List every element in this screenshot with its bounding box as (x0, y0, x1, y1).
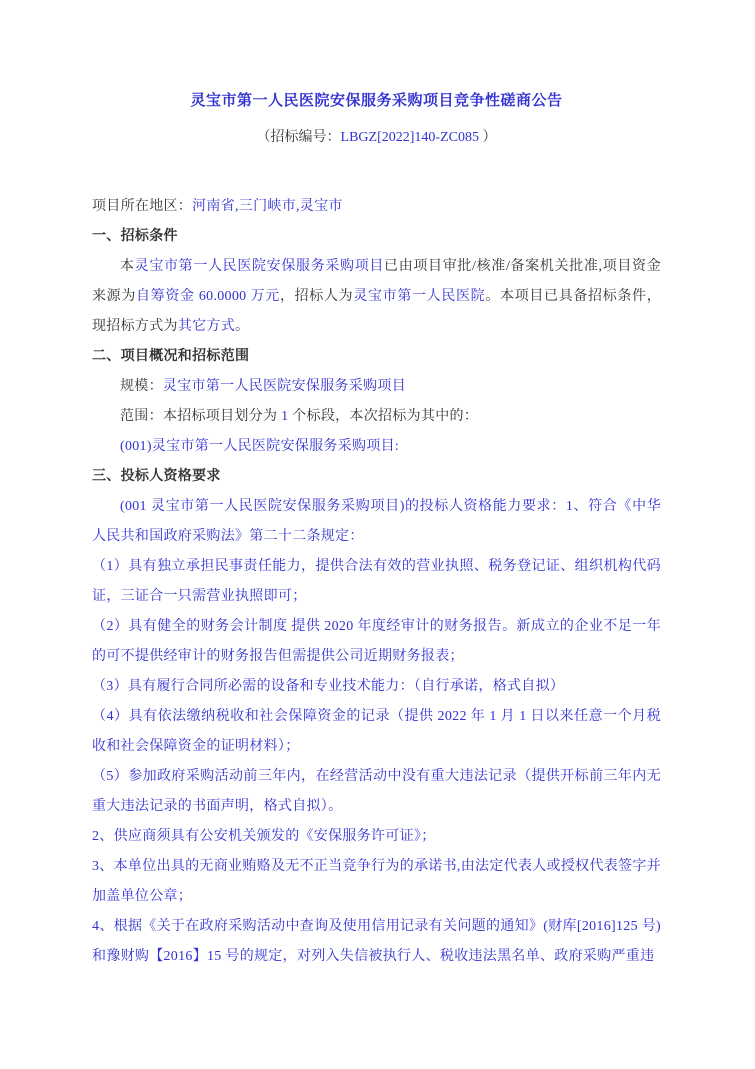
qualification-item-4: （4）具有依法缴纳税收和社会保障资金的记录（提供 2022 年 1 月 1 日以… (92, 702, 661, 762)
qualification-item-1: （1）具有独立承担民事责任能力，提供合法有效的营业执照、税务登记证、组织机构代码… (92, 552, 661, 612)
lot-line: (001)灵宝市第一人民医院安保服务采购项目: (92, 432, 661, 462)
qualification-item-3: （3）具有履行合同所必需的设备和专业技术能力：（自行承诺，格式自拟） (92, 672, 661, 702)
scale-line: 规模：灵宝市第一人民医院安保服务采购项目 (92, 372, 661, 402)
text-segment: 4、根据《关于在政府采购活动中查询及使用信用记录有关问题的通知》(财库[2016… (92, 919, 661, 964)
text-segment: 二、项目概况和招标范围 (92, 349, 249, 364)
text-segment: 灵宝市第一人民医院 (353, 289, 485, 304)
text-segment: 一、招标条件 (92, 229, 178, 244)
tender-number-line: （招标编号：LBGZ[2022]140-ZC085 ） (92, 128, 661, 148)
text-segment: （招标编号： (257, 130, 341, 145)
supplier-requirement-4: 4、根据《关于在政府采购活动中查询及使用信用记录有关问题的通知》(财库[2016… (92, 912, 661, 972)
project-region-line: 项目所在地区：河南省,三门峡市,灵宝市 (92, 192, 661, 222)
page-title: 灵宝市第一人民医院安保服务采购项目竞争性磋商公告 (92, 90, 661, 112)
text-segment: 河南省,三门峡市,灵宝市 (192, 199, 343, 214)
section-1-paragraph: 本灵宝市第一人民医院安保服务采购项目已由项目审批/核准/备案机关批准,项目资金来… (92, 252, 661, 342)
text-segment: 灵宝市第一人民医院安保服务采购项目 (163, 379, 406, 394)
text-segment: 其它方式 (178, 319, 235, 334)
text-segment: 个标段，本次招标为其中的： (288, 409, 478, 424)
document-body: 项目所在地区：河南省,三门峡市,灵宝市一、招标条件本灵宝市第一人民医院安保服务采… (92, 192, 661, 972)
qualification-item-2: （2）具有健全的财务会计制度 提供 2020 年度经审计的财务报告。新成立的企业… (92, 612, 661, 672)
qualification-intro: (001 灵宝市第一人民医院安保服务采购项目)的投标人资格能力要求：1、符合《中… (92, 492, 661, 552)
text-segment: LBGZ[2022]140-ZC085 (341, 130, 483, 145)
text-segment: 灵宝市第一人民医院安保服务采购项目 (135, 259, 384, 274)
text-segment: （3）具有履行合同所必需的设备和专业技术能力：（自行承诺，格式自拟） (92, 679, 564, 694)
text-segment: 范围：本招标项目划分为 (120, 409, 281, 424)
text-segment: （1）具有独立承担民事责任能力，提供合法有效的营业执照、税务登记证、组织机构代码… (92, 559, 661, 604)
text-segment: 自筹资金 60.0000 万元 (136, 289, 280, 304)
text-segment: （5）参加政府采购活动前三年内，在经营活动中没有重大违法记录（提供开标前三年内无… (92, 769, 661, 814)
text-segment: 三、投标人资格要求 (92, 469, 221, 484)
text-segment: ，招标人为 (280, 289, 353, 304)
announcement-page: 灵宝市第一人民医院安保服务采购项目竞争性磋商公告 （招标编号：LBGZ[2022… (0, 0, 755, 1069)
supplier-requirement-2: 2、供应商须具有公安机关颁发的《安保服务许可证》； (92, 822, 661, 852)
text-segment: (001 灵宝市第一人民医院安保服务采购项目)的投标人资格能力要求：1、符合《中… (92, 499, 661, 544)
text-segment: 项目所在地区： (92, 199, 192, 214)
text-segment: 本 (120, 259, 135, 274)
supplier-requirement-3: 3、本单位出具的无商业贿赂及无不正当竞争行为的承诺书,由法定代表人或授权代表签字… (92, 852, 661, 912)
qualification-item-5: （5）参加政府采购活动前三年内，在经营活动中没有重大违法记录（提供开标前三年内无… (92, 762, 661, 822)
section-1-heading: 一、招标条件 (92, 222, 661, 252)
text-segment: 规模： (120, 379, 163, 394)
section-3-heading: 三、投标人资格要求 (92, 462, 661, 492)
text-segment: (001)灵宝市第一人民医院安保服务采购项目: (120, 439, 399, 454)
scope-line: 范围：本招标项目划分为 1 个标段，本次招标为其中的： (92, 402, 661, 432)
text-segment: 3、本单位出具的无商业贿赂及无不正当竞争行为的承诺书,由法定代表人或授权代表签字… (92, 859, 661, 904)
text-segment: ） (482, 130, 496, 145)
text-segment: 2、供应商须具有公安机关颁发的《安保服务许可证》； (92, 829, 436, 844)
section-2-heading: 二、项目概况和招标范围 (92, 342, 661, 372)
text-segment: 。 (235, 319, 249, 334)
text-segment: （4）具有依法缴纳税收和社会保障资金的记录（提供 2022 年 1 月 1 日以… (92, 709, 661, 754)
text-segment: （2）具有健全的财务会计制度 提供 2020 年度经审计的财务报告。新成立的企业… (92, 619, 661, 664)
